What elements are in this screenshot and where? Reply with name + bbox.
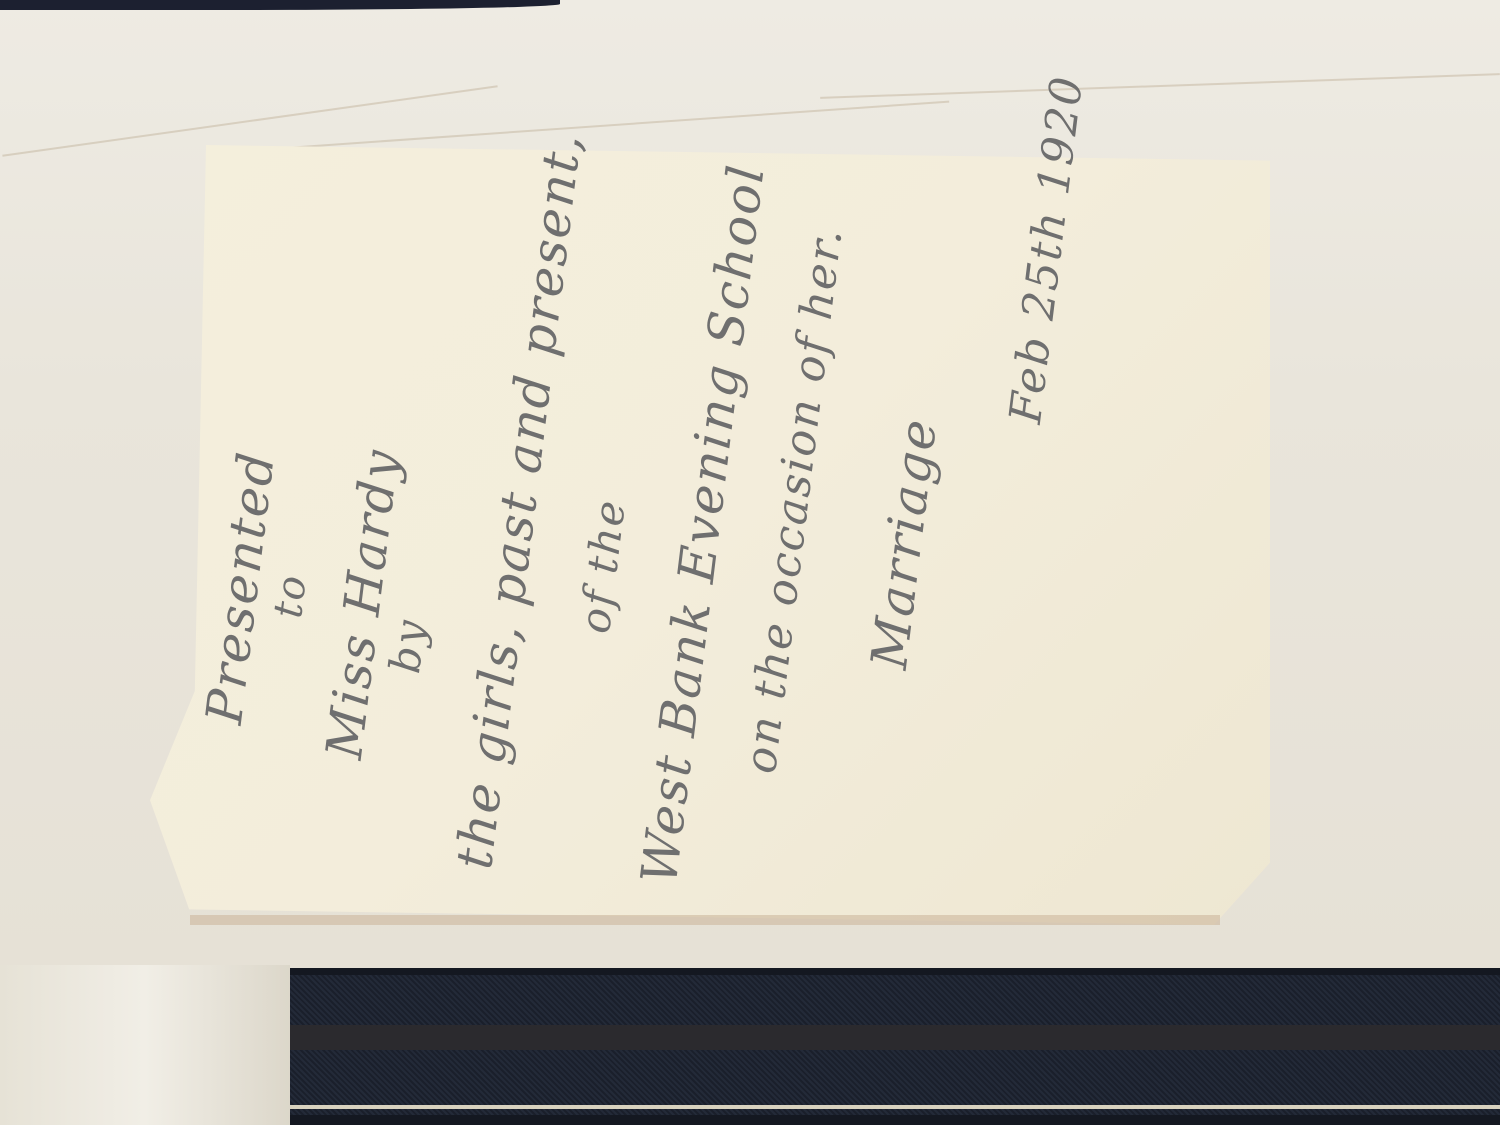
note-line: Miss Hardy: [315, 445, 411, 762]
note-line: of the: [570, 496, 635, 636]
note-line: Marriage: [860, 415, 948, 672]
album-trim: [285, 1105, 1500, 1109]
note-line: the girls, past and present,: [445, 129, 593, 872]
satin-ribbon: [0, 965, 290, 1125]
album-groove: [285, 1025, 1500, 1050]
handwritten-note: Presented to Miss Hardy by the girls, pa…: [0, 0, 1500, 1125]
note-line: by: [380, 616, 435, 676]
note-line: West Bank Evening School: [630, 161, 776, 887]
note-line-date: Feb 25th 1920: [1000, 72, 1093, 426]
note-line: to: [265, 571, 316, 620]
